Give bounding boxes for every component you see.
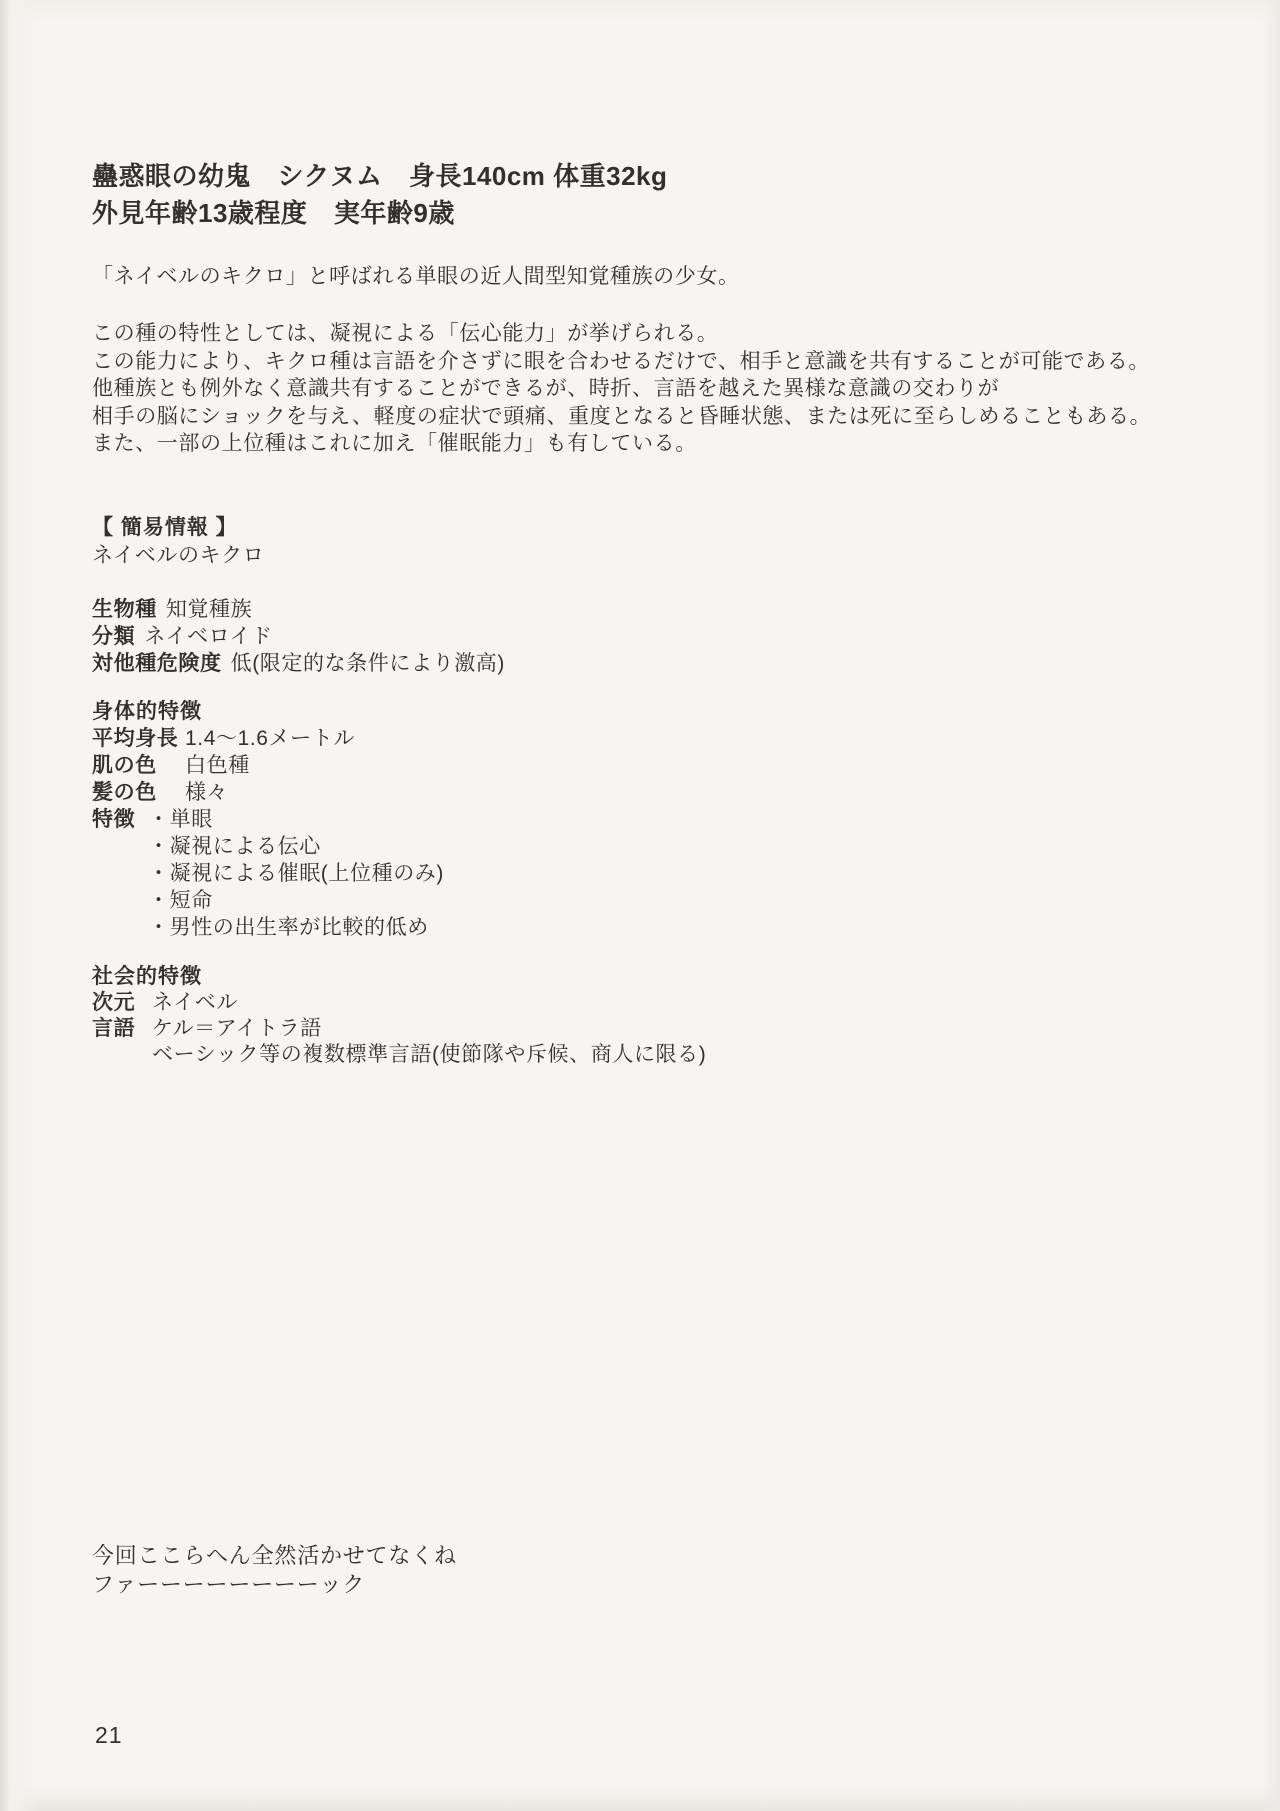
page-number: 21 [95,1722,123,1749]
character-header: 蠱惑眼の幼鬼 シクヌム 身長140cm 体重32kg 外見年齢13歳程度 実年齢… [92,158,1192,232]
info-label: 生物種 [92,598,157,621]
social-heading: 社会的特徴 [92,964,1192,990]
info-label: 肌の色 [92,752,185,779]
description-line: 他種族とも例外なく意識共有することができるが、時折、言語を越えた異様な意識の交わ… [92,375,1192,403]
info-row-classification: 分類ネイベロイド [92,623,1192,650]
features-label: 特徴 [92,806,148,833]
intro-line: 「ネイベルのキクロ」と呼ばれる単眼の近人間型知覚種族の少女。 [92,263,1192,291]
info-value: 知覚種族 [166,598,252,621]
basic-info-list: 生物種知覚種族 分類ネイベロイド 対他種危険度低(限定的な条件により激高) [92,596,1192,677]
character-title-line: 蠱惑眼の幼鬼 シクヌム 身長140cm 体重32kg [92,158,1192,195]
intro-paragraph: 「ネイベルのキクロ」と呼ばれる単眼の近人間型知覚種族の少女。 [92,263,1192,291]
feature-item: ・凝視による催眠(上位種のみ) [148,860,444,887]
info-row-skin-color: 肌の色白色種 [92,752,1192,779]
info-label: 分類 [92,625,135,648]
quick-info-heading: 【 簡易情報 】 [92,514,1192,542]
info-row-hair-color: 髪の色様々 [92,779,1192,806]
info-label: 対他種危険度 [92,652,222,675]
features-block: 特徴 ・単眼 ・凝視による伝心 ・凝視による催眠(上位種のみ) ・短命 ・男性の… [92,806,1192,941]
info-value: 1.4～1.6メートル [185,727,355,750]
info-label: 髪の色 [92,779,185,806]
description-line: この能力により、キクロ種は言語を介さずに眼を合わせるだけで、相手と意識を共有する… [92,348,1192,376]
info-value: ベーシック等の複数標準言語(使節隊や斥候、商人に限る) [152,1043,706,1066]
description-line: この種の特性としては、凝視による「伝心能力」が挙げられる。 [92,320,1192,348]
feature-item: ・単眼 [148,806,444,833]
footnote-line: ファーーーーーーーーック [92,1571,1192,1600]
info-label: 平均身長 [92,725,185,752]
features-list: ・単眼 ・凝視による伝心 ・凝視による催眠(上位種のみ) ・短命 ・男性の出生率… [148,806,444,941]
info-row-language-extra: ベーシック等の複数標準言語(使節隊や斥候、商人に限る) [92,1042,1192,1068]
info-label: 言語 [92,1016,152,1042]
author-footnote: 今回ここらへん全然活かせてなくね ファーーーーーーーーック [92,1542,1192,1599]
feature-item: ・凝視による伝心 [148,833,444,860]
scanned-document-page: 蠱惑眼の幼鬼 シクヌム 身長140cm 体重32kg 外見年齢13歳程度 実年齢… [0,0,1280,1811]
info-value: 低(限定的な条件により激高) [231,652,505,675]
info-value: ケル＝アイトラ語 [152,1017,322,1040]
character-age-line: 外見年齢13歳程度 実年齢9歳 [92,195,1192,232]
quick-info-section: 【 簡易情報 】 ネイベルのキクロ [92,514,1192,570]
info-value: 白色種 [185,754,250,777]
physical-section: 身体的特徴 平均身長1.4～1.6メートル 肌の色白色種 髪の色様々 特徴 ・単… [92,698,1192,941]
info-value: 様々 [185,781,228,804]
physical-heading: 身体的特徴 [92,698,1192,725]
info-row-dimension: 次元ネイベル [92,990,1192,1016]
info-label: 次元 [92,990,152,1016]
info-value: ネイベロイド [144,625,273,648]
description-line: 相手の脳にショックを与え、軽度の症状で頭痛、重度となると昏睡状態、または死に至ら… [92,403,1192,431]
info-row-avg-height: 平均身長1.4～1.6メートル [92,725,1192,752]
description-paragraph: この種の特性としては、凝視による「伝心能力」が挙げられる。 この能力により、キク… [92,320,1192,458]
description-line: また、一部の上位種はこれに加え「催眠能力」も有している。 [92,430,1192,458]
info-row-language: 言語ケル＝アイトラ語 [92,1016,1192,1042]
info-row-danger-level: 対他種危険度低(限定的な条件により激高) [92,650,1192,677]
info-value: ネイベル [152,991,238,1014]
footnote-line: 今回ここらへん全然活かせてなくね [92,1542,1192,1571]
feature-item: ・男性の出生率が比較的低め [148,914,444,941]
quick-info-subject: ネイベルのキクロ [92,542,1192,570]
feature-item: ・短命 [148,887,444,914]
info-row-species: 生物種知覚種族 [92,596,1192,623]
social-section: 社会的特徴 次元ネイベル 言語ケル＝アイトラ語 ベーシック等の複数標準言語(使節… [92,964,1192,1068]
